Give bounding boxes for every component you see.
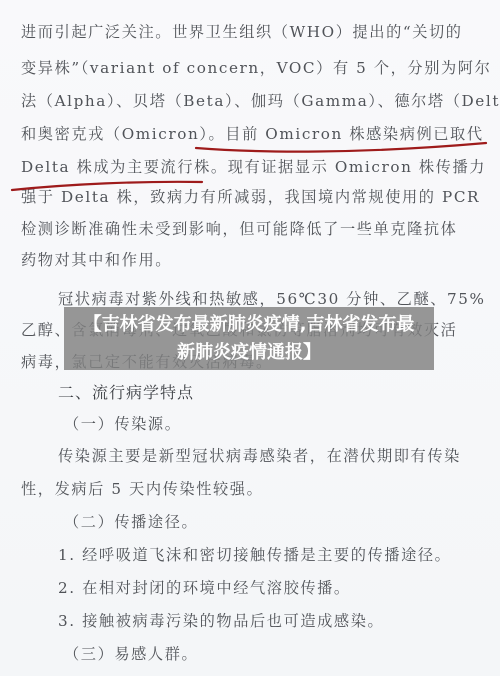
text-line: 和奥密克戎（Omicron）。目前 Omicron 株感染病例已取代 — [21, 124, 484, 144]
caption-overlay: 【吉林省发布最新肺炎疫情,吉林省发布最新肺炎疫情通报】 — [64, 307, 434, 370]
section-heading: 二、流行病学特点 — [58, 383, 194, 403]
text-line: 法（Alpha）、贝塔（Beta）、伽玛（Gamma）、德尔塔（Delta） — [21, 91, 500, 111]
text-line: 冠状病毒对紫外线和热敏感，56℃30 分钟、乙醚、75% — [58, 289, 486, 309]
text-line: 进而引起广泛关注。世界卫生组织（WHO）提出的“关切的 — [21, 22, 463, 42]
text-line: 变异株”（variant of concern，VOC）有 5 个，分别为阿尔 — [21, 58, 491, 78]
text-line: 强于 Delta 株，致病力有所减弱，我国境内常规使用的 PCR — [21, 187, 480, 207]
text-line: 检测诊断准确性未受到影响，但可能降低了一些单克隆抗体 — [21, 219, 457, 239]
list-item: 3. 接触被病毒污染的物品后也可造成感染。 — [58, 611, 384, 631]
caption-text: 【吉林省发布最新肺炎疫情,吉林省发布最新肺炎疫情通报】 — [79, 311, 419, 367]
subsection-heading: （三）易感人群。 — [64, 644, 198, 664]
list-item: 2. 在相对封闭的环境中经气溶胶传播。 — [58, 578, 351, 598]
list-item: 1. 经呼吸道飞沫和密切接触传播是主要的传播途径。 — [58, 545, 451, 565]
subsection-heading: （一）传染源。 — [64, 414, 182, 434]
text-line: Delta 株成为主要流行株。现有证据显示 Omicron 株传播力 — [21, 157, 486, 177]
text-line: 传染源主要是新型冠状病毒感染者，在潜伏期即有传染 — [58, 446, 461, 466]
text-line: 性，发病后 5 天内传染性较强。 — [21, 479, 263, 499]
subsection-heading: （二）传播途径。 — [64, 512, 198, 532]
text-line: 药物对其中和作用。 — [21, 250, 172, 270]
